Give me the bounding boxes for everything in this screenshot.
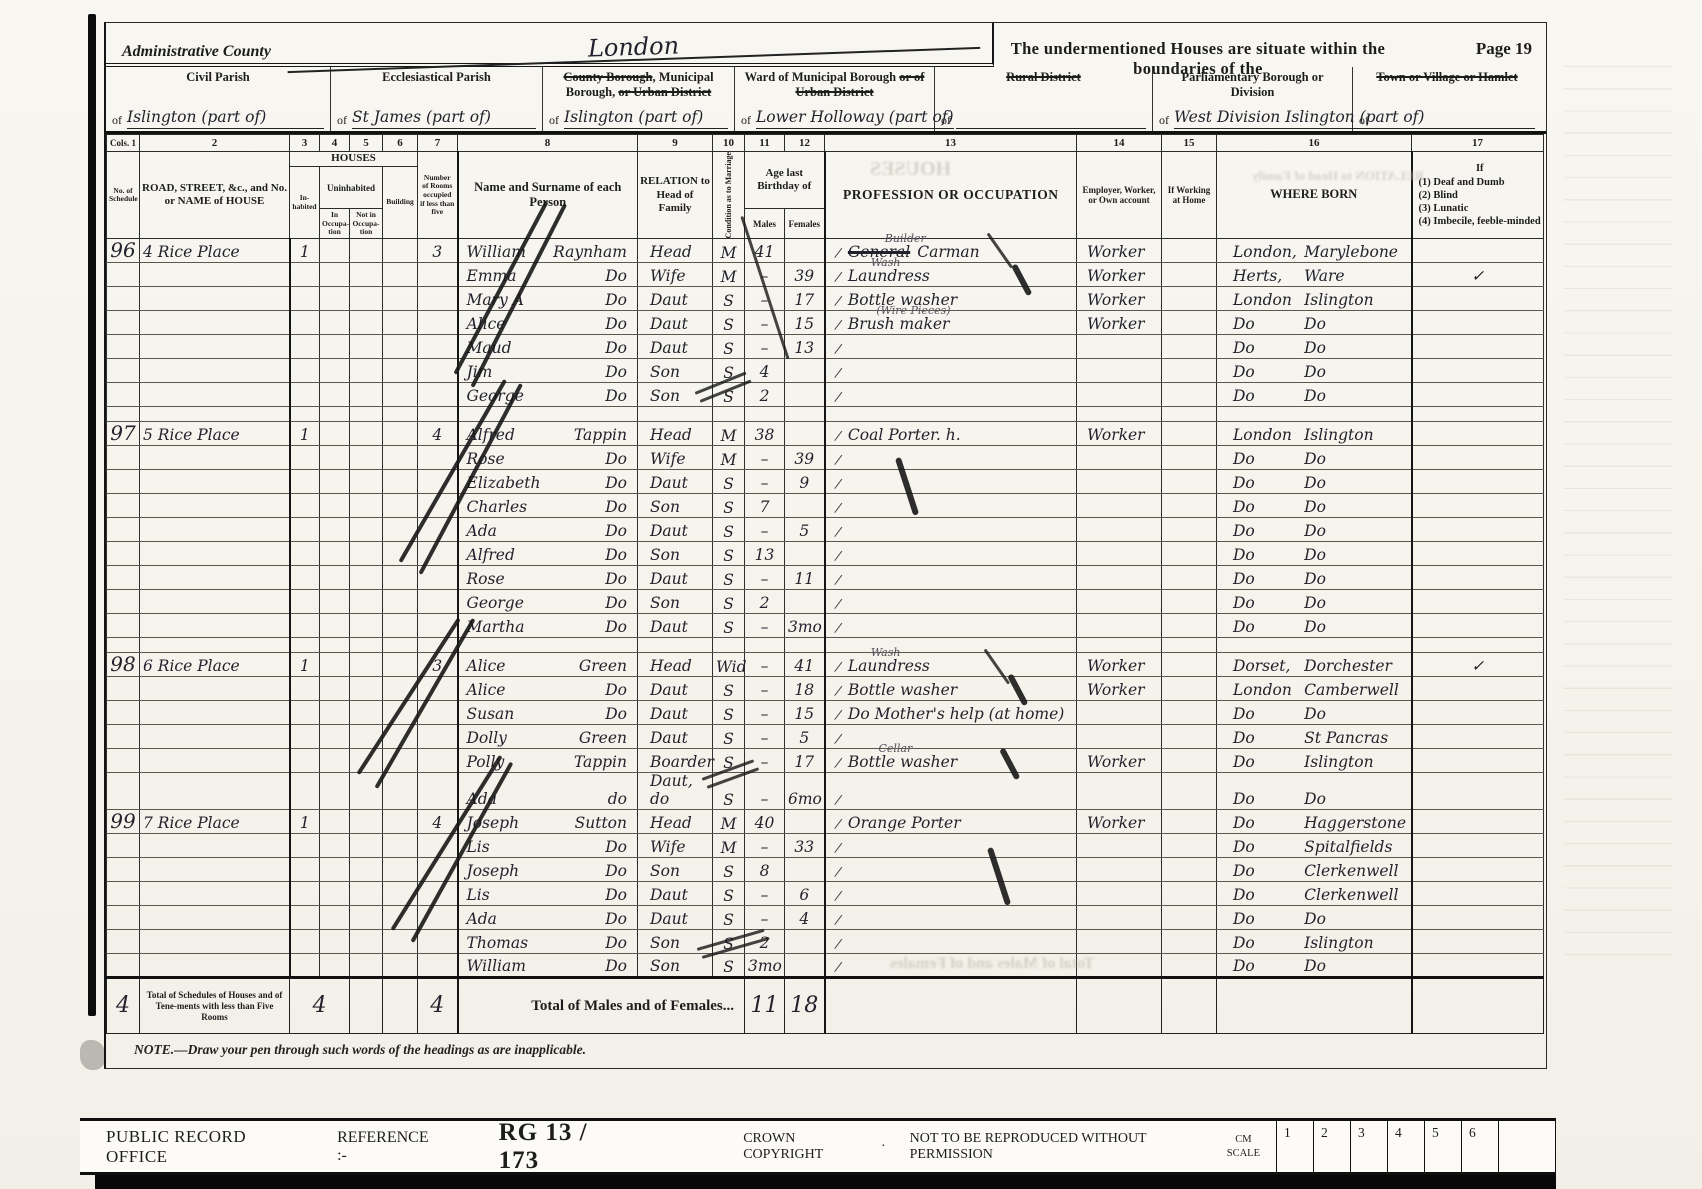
- uninhabited-notocc-cell: [350, 542, 383, 566]
- age-male: 2: [760, 387, 770, 405]
- cm-scale-tick: 2: [1313, 1121, 1350, 1172]
- born-place: Do: [1304, 524, 1406, 540]
- col-number: 17: [1412, 135, 1544, 152]
- age-female: 17: [794, 753, 814, 771]
- person-name-cell: AlfredDo: [458, 542, 638, 566]
- pro-notice: NOT TO BE REPRODUCED WITHOUT PERMISSION: [910, 1131, 1181, 1163]
- age-female: 18: [794, 681, 814, 699]
- uninhabited-occ-cell: [320, 590, 350, 614]
- infirmity-mark: ✓: [1471, 267, 1484, 285]
- inhabited-cell: [290, 335, 320, 359]
- occupation-annotation: Wash: [871, 646, 901, 659]
- enumerator-tick: /: [834, 367, 841, 381]
- road-cell: [140, 311, 290, 335]
- building-cell: [383, 834, 418, 858]
- relation-value: Son: [650, 363, 680, 381]
- header-uninhabited-group: Uninhabited: [320, 167, 383, 209]
- born-county: Do: [1217, 888, 1304, 904]
- relation-value: Head: [650, 657, 692, 675]
- employer-value: Worker: [1087, 426, 1145, 444]
- occupation-cell: /WashLaundress: [825, 263, 1077, 287]
- born-county: London: [1217, 293, 1304, 309]
- infirmity-cell: [1412, 311, 1544, 335]
- surname-or-ditto: Do: [605, 317, 627, 333]
- empty-cell: [713, 638, 745, 653]
- empty-cell: [1412, 638, 1544, 653]
- empty-cell: [350, 407, 383, 422]
- age-female: 11: [794, 570, 814, 588]
- age-female-cell: [785, 239, 825, 263]
- header-building: Building: [383, 167, 418, 239]
- born-county: Do: [1217, 341, 1304, 357]
- age-male: –: [761, 910, 769, 928]
- occupation-cell: /WashLaundress: [825, 653, 1077, 677]
- uninhabited-notocc-cell: [350, 810, 383, 834]
- born-county: Do: [1217, 365, 1304, 381]
- enumerator-tick: /: [834, 818, 841, 832]
- schedule-number-cell: [107, 882, 140, 906]
- col-number: 11: [745, 135, 785, 152]
- age-female: 5: [799, 522, 809, 540]
- working-at-home-cell: [1162, 773, 1217, 810]
- where-born-cell: DoSpitalfields: [1217, 834, 1412, 858]
- working-at-home-cell: [1162, 383, 1217, 407]
- where-born-cell: DoDo: [1217, 542, 1412, 566]
- uninhabited-notocc-cell: [350, 494, 383, 518]
- born-place: Do: [1304, 707, 1406, 723]
- inhabited-cell: [290, 725, 320, 749]
- relation-cell: Son: [638, 590, 713, 614]
- working-at-home-cell: [1162, 335, 1217, 359]
- empty-cell: [1217, 407, 1412, 422]
- condition-value: S: [723, 595, 734, 613]
- uninhabited-notocc-cell: [350, 287, 383, 311]
- age-female: 15: [794, 315, 814, 333]
- forename: Alfred: [467, 548, 515, 564]
- forename: Alice: [467, 659, 506, 675]
- census-row: MarthaDoDautS–3mo/DoDo: [107, 614, 1544, 638]
- inhabited-count: 1: [300, 243, 310, 261]
- relation-value: Daut: [650, 729, 688, 747]
- occupation-cell: /: [825, 930, 1077, 954]
- occupation-cell: /: [825, 359, 1077, 383]
- totals-empty: [1217, 978, 1412, 1034]
- age-male-cell: –: [745, 614, 785, 638]
- age-male: 41: [755, 243, 775, 261]
- infirmity-cell: [1412, 239, 1544, 263]
- road-name: 5 Rice Place: [143, 426, 240, 444]
- relation-value: Boarder: [650, 753, 714, 771]
- forename: Dolly: [467, 731, 507, 747]
- relation-cell: Boarder: [638, 749, 713, 773]
- relation-cell: Daut: [638, 518, 713, 542]
- working-at-home-cell: [1162, 359, 1217, 383]
- working-at-home-cell: [1162, 858, 1217, 882]
- employer-cell: [1077, 858, 1162, 882]
- inhabited-cell: 1: [290, 653, 320, 677]
- age-male: 40: [755, 814, 775, 832]
- infirmity-cell: [1412, 882, 1544, 906]
- uninhabited-notocc-cell: [350, 930, 383, 954]
- uninhabited-occ-cell: [320, 834, 350, 858]
- condition-value: S: [723, 499, 734, 517]
- occupation-value: Brush maker: [848, 315, 950, 333]
- surname-or-ditto: Raynham: [553, 245, 627, 261]
- age-male: –: [761, 753, 769, 771]
- born-place: Do: [1304, 792, 1406, 808]
- occupation-value: Do Mother's help (at home): [848, 705, 1064, 723]
- administrative-county-box: Administrative County London: [106, 23, 994, 67]
- age-female-cell: 4: [785, 906, 825, 930]
- enumerator-tick: /: [834, 550, 841, 564]
- infirmity-cell: [1412, 566, 1544, 590]
- age-female-cell: 17: [785, 287, 825, 311]
- relation-value: Daut: [650, 339, 688, 357]
- age-female-cell: [785, 930, 825, 954]
- where-born-cell: DoSt Pancras: [1217, 725, 1412, 749]
- schedule-number-cell: [107, 359, 140, 383]
- form-header-row: Administrative County London The underme…: [106, 23, 1546, 67]
- building-cell: [383, 810, 418, 834]
- schedule-number-cell: [107, 677, 140, 701]
- forename: George: [467, 596, 524, 612]
- inhabited-cell: [290, 542, 320, 566]
- condition-value: S: [723, 958, 734, 976]
- born-county: Do: [1217, 864, 1304, 880]
- area-label: County Borough, Municipal Borough, or Ur…: [549, 70, 728, 101]
- born-county: Do: [1217, 500, 1304, 516]
- area-label: Parliamentary Borough or Division: [1159, 70, 1346, 101]
- employer-cell: Worker: [1077, 422, 1162, 446]
- person-name-cell: ThomasDo: [458, 930, 638, 954]
- born-place: Do: [1304, 596, 1406, 612]
- building-cell: [383, 422, 418, 446]
- age-male-cell: –: [745, 518, 785, 542]
- forename: Alice: [467, 683, 506, 699]
- building-cell: [383, 311, 418, 335]
- infirmity-cell: [1412, 834, 1544, 858]
- working-at-home-cell: [1162, 566, 1217, 590]
- road-cell: 6 Rice Place: [140, 653, 290, 677]
- uninhabited-occ-cell: [320, 239, 350, 263]
- empty-cell: [1162, 407, 1217, 422]
- road-name: 7 Rice Place: [143, 814, 240, 832]
- schedule-number: 96: [110, 238, 135, 262]
- building-cell: [383, 590, 418, 614]
- header-name: Name and Surname of each Person: [458, 152, 638, 239]
- of-label: of: [337, 113, 347, 129]
- road-cell: [140, 566, 290, 590]
- age-male-cell: 7: [745, 494, 785, 518]
- relation-value: Daut: [650, 681, 688, 699]
- occupation-cell: /CellarBottle washer: [825, 749, 1077, 773]
- road-cell: [140, 470, 290, 494]
- empty-cell: [320, 407, 350, 422]
- age-male: –: [761, 450, 769, 468]
- occupation-annotation: Cellar: [878, 742, 912, 755]
- enumerator-tick: /: [834, 502, 841, 516]
- census-row: AliceDoDautS–18/Bottle washerWorkerLondo…: [107, 677, 1544, 701]
- employer-cell: [1077, 725, 1162, 749]
- enumerator-tick: /: [834, 938, 841, 952]
- schedule-number: 97: [110, 421, 135, 445]
- age-male-cell: –: [745, 725, 785, 749]
- occupation-cell: /: [825, 518, 1077, 542]
- working-at-home-cell: [1162, 701, 1217, 725]
- uninhabited-occ-cell: [320, 701, 350, 725]
- rooms-cell: [418, 954, 458, 978]
- enumerator-tick: /: [834, 598, 841, 612]
- working-at-home-cell: [1162, 311, 1217, 335]
- enumerator-tick: /: [834, 247, 841, 261]
- where-born-cell: LondonIslington: [1217, 287, 1412, 311]
- occupation-value: Coal Porter. h.: [848, 426, 961, 444]
- schedule-number-cell: [107, 701, 140, 725]
- header-road: ROAD, STREET, &c., and No. or NAME of HO…: [140, 152, 290, 239]
- occupation-value: Bottle washer: [848, 753, 957, 771]
- employer-value: Worker: [1087, 657, 1145, 675]
- born-county: Do: [1217, 840, 1304, 856]
- age-male: –: [761, 790, 769, 808]
- working-at-home-cell: [1162, 542, 1217, 566]
- enumerator-tick: /: [834, 685, 841, 699]
- age-male: –: [761, 474, 769, 492]
- age-male: –: [761, 522, 769, 540]
- forename: Martha: [467, 620, 525, 636]
- employer-cell: [1077, 773, 1162, 810]
- empty-cell: [140, 638, 290, 653]
- uninhabited-notocc-cell: [350, 566, 383, 590]
- born-place: Marylebone: [1304, 245, 1406, 261]
- condition-cell: M: [713, 834, 745, 858]
- employer-cell: [1077, 359, 1162, 383]
- census-table: Cols. 1 2 3 4 5 6 7 8 9 10 11 12 13 14 1…: [106, 134, 1544, 1034]
- inhabited-cell: [290, 834, 320, 858]
- relation-value: Wife: [650, 838, 686, 856]
- condition-cell: S: [713, 614, 745, 638]
- where-born-cell: DoDo: [1217, 359, 1412, 383]
- schedule-number-cell: [107, 470, 140, 494]
- schedule-number-cell: [107, 518, 140, 542]
- uninhabited-notocc-cell: [350, 359, 383, 383]
- area-label: Town or Village or Hamlet: [1359, 70, 1535, 85]
- scan-bottom-band: [95, 1175, 1556, 1189]
- of-label: of: [112, 113, 122, 129]
- infirmity-cell: [1412, 518, 1544, 542]
- infirmity-cell: [1412, 335, 1544, 359]
- uninhabited-occ-cell: [320, 494, 350, 518]
- condition-cell: S: [713, 677, 745, 701]
- surname-or-ditto: Do: [605, 864, 627, 880]
- occupation-cell: /Do Mother's help (at home): [825, 701, 1077, 725]
- inhabited-cell: [290, 470, 320, 494]
- cm-scale-label: CM SCALE: [1227, 1133, 1260, 1159]
- born-place: Do: [1304, 476, 1406, 492]
- relation-cell: Daut: [638, 614, 713, 638]
- area-of-line: ofLower Holloway (part of): [741, 110, 928, 129]
- surname-or-ditto: Do: [605, 959, 627, 975]
- age-female: 4: [799, 910, 809, 928]
- census-row: DollyGreenDautS–5/DoSt Pancras: [107, 725, 1544, 749]
- empty-cell: [1162, 638, 1217, 653]
- condition-value: S: [723, 547, 734, 565]
- age-male-cell: 40: [745, 810, 785, 834]
- road-cell: 5 Rice Place: [140, 422, 290, 446]
- cm-scale-tick: 1: [1276, 1121, 1313, 1172]
- uninhabited-notocc-cell: [350, 773, 383, 810]
- inhabited-cell: [290, 590, 320, 614]
- building-cell: [383, 494, 418, 518]
- age-female-cell: 6: [785, 882, 825, 906]
- infirmity-cell: [1412, 701, 1544, 725]
- born-place: Do: [1304, 341, 1406, 357]
- condition-cell: S: [713, 518, 745, 542]
- condition-cell: Wid: [713, 653, 745, 677]
- col-number: 9: [638, 135, 713, 152]
- age-female: 39: [794, 450, 814, 468]
- col-number: 3: [290, 135, 320, 152]
- of-label: of: [549, 113, 559, 129]
- schedule-number-cell: 97: [107, 422, 140, 446]
- schedule-number-cell: [107, 725, 140, 749]
- occupation-cell: /: [825, 383, 1077, 407]
- forename: Joseph: [467, 864, 520, 880]
- person-name-cell: SusanDo: [458, 701, 638, 725]
- census-row: LisDoDautS–6/DoClerkenwell: [107, 882, 1544, 906]
- infirmity-cell: ✓: [1412, 653, 1544, 677]
- born-county: Do: [1217, 912, 1304, 928]
- forename: Rose: [467, 572, 505, 588]
- employer-cell: [1077, 906, 1162, 930]
- inhabited-cell: [290, 882, 320, 906]
- forename: Susan: [467, 707, 515, 723]
- employer-cell: [1077, 930, 1162, 954]
- col-number: 2: [140, 135, 290, 152]
- person-name-cell: RoseDo: [458, 566, 638, 590]
- inhabited-cell: [290, 359, 320, 383]
- inhabited-cell: [290, 906, 320, 930]
- road-cell: [140, 858, 290, 882]
- building-cell: [383, 653, 418, 677]
- schedule-number-cell: [107, 773, 140, 810]
- working-at-home-cell: [1162, 810, 1217, 834]
- person-name-cell: AlfredTappin: [458, 422, 638, 446]
- inhabited-cell: 1: [290, 239, 320, 263]
- age-male: –: [761, 838, 769, 856]
- empty-cell: [140, 407, 290, 422]
- age-female-cell: [785, 590, 825, 614]
- born-county: Do: [1217, 816, 1304, 832]
- born-place: Do: [1304, 500, 1406, 516]
- col-number: 12: [785, 135, 825, 152]
- infirmity-cell: [1412, 470, 1544, 494]
- born-place: Do: [1304, 959, 1406, 975]
- born-place: Do: [1304, 452, 1406, 468]
- infirmity-cell: [1412, 614, 1544, 638]
- born-county: Do: [1217, 596, 1304, 612]
- rooms-cell: 3: [418, 239, 458, 263]
- occupation-cell: /: [825, 494, 1077, 518]
- age-male-cell: –: [745, 653, 785, 677]
- empty-cell: [290, 638, 320, 653]
- person-name-cell: GeorgeDo: [458, 383, 638, 407]
- area-of-line: ofSt James (part of): [337, 110, 536, 129]
- road-cell: [140, 383, 290, 407]
- age-male: –: [761, 705, 769, 723]
- empty-cell: [1077, 407, 1162, 422]
- working-at-home-cell: [1162, 287, 1217, 311]
- born-county: Do: [1217, 317, 1304, 333]
- age-male-cell: –: [745, 834, 785, 858]
- surname-or-ditto: Do: [605, 572, 627, 588]
- uninhabited-occ-cell: [320, 359, 350, 383]
- condition-cell: S: [713, 335, 745, 359]
- employer-cell: Worker: [1077, 263, 1162, 287]
- age-female-cell: 41: [785, 653, 825, 677]
- census-row: GeorgeDoSonS2/DoDo: [107, 590, 1544, 614]
- inhabited-cell: [290, 614, 320, 638]
- schedule-number-cell: [107, 590, 140, 614]
- inhabited-cell: 1: [290, 810, 320, 834]
- condition-value: S: [723, 706, 734, 724]
- relation-value: Daut: [650, 570, 688, 588]
- age-female-cell: 17: [785, 749, 825, 773]
- empty-cell: [458, 638, 638, 653]
- where-born-cell: DoDo: [1217, 954, 1412, 978]
- occupation-value: Orange Porter: [848, 814, 961, 832]
- working-at-home-cell: [1162, 590, 1217, 614]
- employer-cell: [1077, 383, 1162, 407]
- infirmity-cell: [1412, 383, 1544, 407]
- age-female-cell: [785, 810, 825, 834]
- uninhabited-occ-cell: [320, 287, 350, 311]
- age-female-cell: 6mo: [785, 773, 825, 810]
- census-row: JosephDoSonS8/DoClerkenwell: [107, 858, 1544, 882]
- road-cell: 4 Rice Place: [140, 239, 290, 263]
- age-female-cell: [785, 383, 825, 407]
- person-name-cell: Mary ADo: [458, 287, 638, 311]
- rooms-cell: [418, 287, 458, 311]
- born-place: Do: [1304, 317, 1406, 333]
- uninhabited-occ-cell: [320, 858, 350, 882]
- infirmity-cell: [1412, 725, 1544, 749]
- header-born: WHERE BORN: [1217, 152, 1412, 239]
- road-cell: [140, 834, 290, 858]
- person-name-cell: MarthaDo: [458, 614, 638, 638]
- employer-cell: Worker: [1077, 653, 1162, 677]
- relation-cell: Daut: [638, 287, 713, 311]
- relation-cell: Son: [638, 542, 713, 566]
- born-county: Do: [1217, 792, 1304, 808]
- relation-value: Wife: [650, 267, 686, 285]
- condition-cell: S: [713, 287, 745, 311]
- relation-cell: Daut: [638, 906, 713, 930]
- condition-cell: S: [713, 542, 745, 566]
- surname-or-ditto: Do: [605, 389, 627, 405]
- parish-area-boxes: Civil ParishofIslington (part of)Ecclesi…: [106, 67, 1546, 134]
- census-row: ThomasDoSonS2/DoIslington: [107, 930, 1544, 954]
- totals-schedule-count: 4: [107, 978, 140, 1034]
- area-of-line: ofIslington (part of): [549, 110, 728, 129]
- age-female-cell: [785, 954, 825, 978]
- occupation-cell: /: [825, 954, 1077, 978]
- enumerator-tick: /: [834, 890, 841, 904]
- working-at-home-cell: [1162, 470, 1217, 494]
- where-born-cell: DoDo: [1217, 335, 1412, 359]
- col-number: 6: [383, 135, 418, 152]
- born-place: Islington: [1304, 936, 1406, 952]
- employer-cell: [1077, 518, 1162, 542]
